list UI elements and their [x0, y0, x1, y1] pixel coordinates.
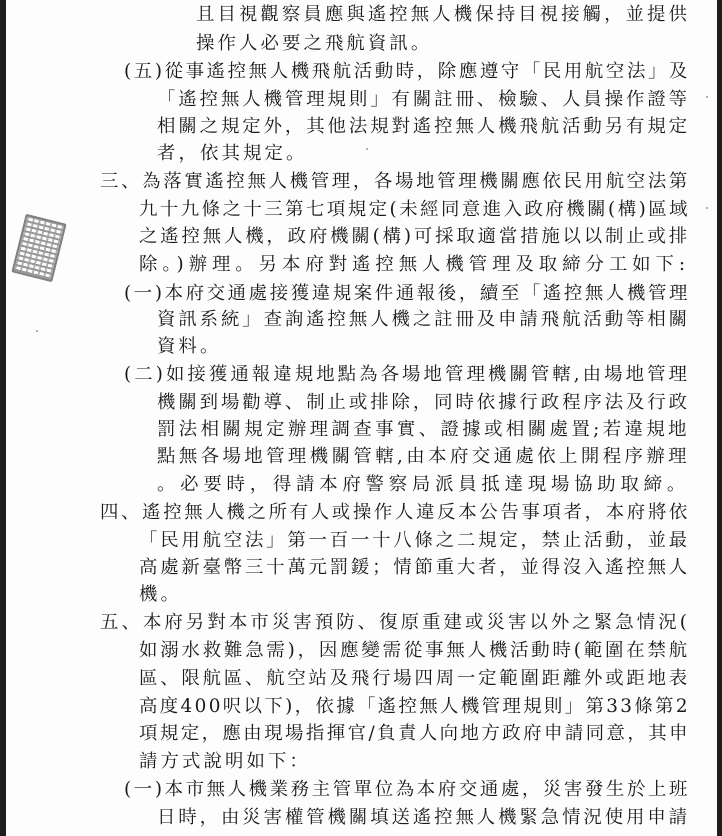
text-line: 機關到場勸導、制止或排除，同時依據行政程序法及行政	[157, 391, 690, 415]
text-line: 操作人必要之飛航資訊。	[196, 32, 432, 56]
text-line: (一)本市無人機業務主管單位為本府交通處，災害發生於上班	[124, 778, 690, 802]
text-line: 如溺水救難急需)，因應變需從事無人機活動時(範圍在禁航	[139, 639, 690, 663]
text-line: 日時，由災害權管機關填送遙控無人機緊急情況使用申請	[157, 806, 690, 830]
scan-speck	[36, 330, 38, 332]
scan-speck	[366, 148, 368, 150]
text-line: 三、為落實遙控無人機管理，各場地管理機關應依民用航空法第	[100, 170, 690, 194]
scan-speck	[706, 96, 708, 98]
text-line: 罰法相關規定辦理調查事實、證據或相關處置;若違規地	[157, 418, 690, 442]
text-line: 除。)辦理。另本府對遙控無人機管理及取締分工如下:	[139, 253, 690, 277]
document-page: 且目視觀察員應與遙控無人機保持目視接觸，並提供操作人必要之飛航資訊。(五)從事遙…	[6, 0, 717, 836]
text-line: 。必要時，得請本府警察局派員抵達現場協助取締。	[157, 473, 690, 497]
text-line: 資料。	[157, 335, 221, 359]
scan-speck	[706, 207, 708, 209]
text-line: 「民用航空法」第一百一十八條之二規定，禁止活動，並最	[139, 529, 690, 553]
text-line: 高處新臺幣三十萬元罰鍰；情節重大者，並得沒入遙控無人	[139, 556, 690, 580]
text-line: 項規定，應由現場指揮官/負責人向地方政府申請同意，其申	[139, 722, 690, 746]
text-line: 高度400呎以下)，依據「遙控無人機管理規則」第33條第2	[139, 695, 690, 719]
official-seal-stamp-icon	[11, 214, 66, 282]
text-line: 者，依其規定。	[157, 142, 307, 166]
text-line: 四、遙控無人機之所有人或操作人違反本公告事項者，本府將依	[100, 501, 690, 525]
text-line: 請方式說明如下：	[139, 750, 311, 774]
text-line: 且目視觀察員應與遙控無人機保持目視接觸，並提供	[196, 3, 690, 27]
text-line: 機。	[139, 583, 182, 607]
text-line: 九十九條之十三第七項規定(未經同意進入政府機關(構)區域	[139, 198, 690, 222]
text-line: 五、本府另對本市災害預防、復原重建或災害以外之緊急情況(	[100, 611, 690, 635]
text-line: (一)本府交通處接獲違規案件通報後，續至「遙控無人機管理	[124, 282, 690, 306]
text-line: (五)從事遙控無人機飛航活動時，除應遵守「民用航空法」及	[124, 60, 690, 84]
text-line: 區、限航區、航空站及飛行場四周一定範圍距離外或距地表	[139, 667, 690, 691]
text-line: 相關之規定外，其他法規對遙控無人機飛航活動另有規定	[157, 115, 690, 139]
text-line: 「遙控無人機管理規則」有關註冊、檢驗、人員操作證等	[157, 88, 690, 112]
text-line: (二)如接獲通報違規地點為各場地管理機關管轄,由場地管理	[124, 363, 690, 387]
text-line: 資訊系統」查詢遙控無人機之註冊及申請飛航活動等相關	[157, 308, 690, 332]
text-line: 之遙控無人機，政府機關(構)可採取適當措施以以制止或排	[139, 225, 690, 249]
text-line: 點無各場地管理機關管轄,由本府交通處依上開程序辦理	[157, 445, 690, 469]
